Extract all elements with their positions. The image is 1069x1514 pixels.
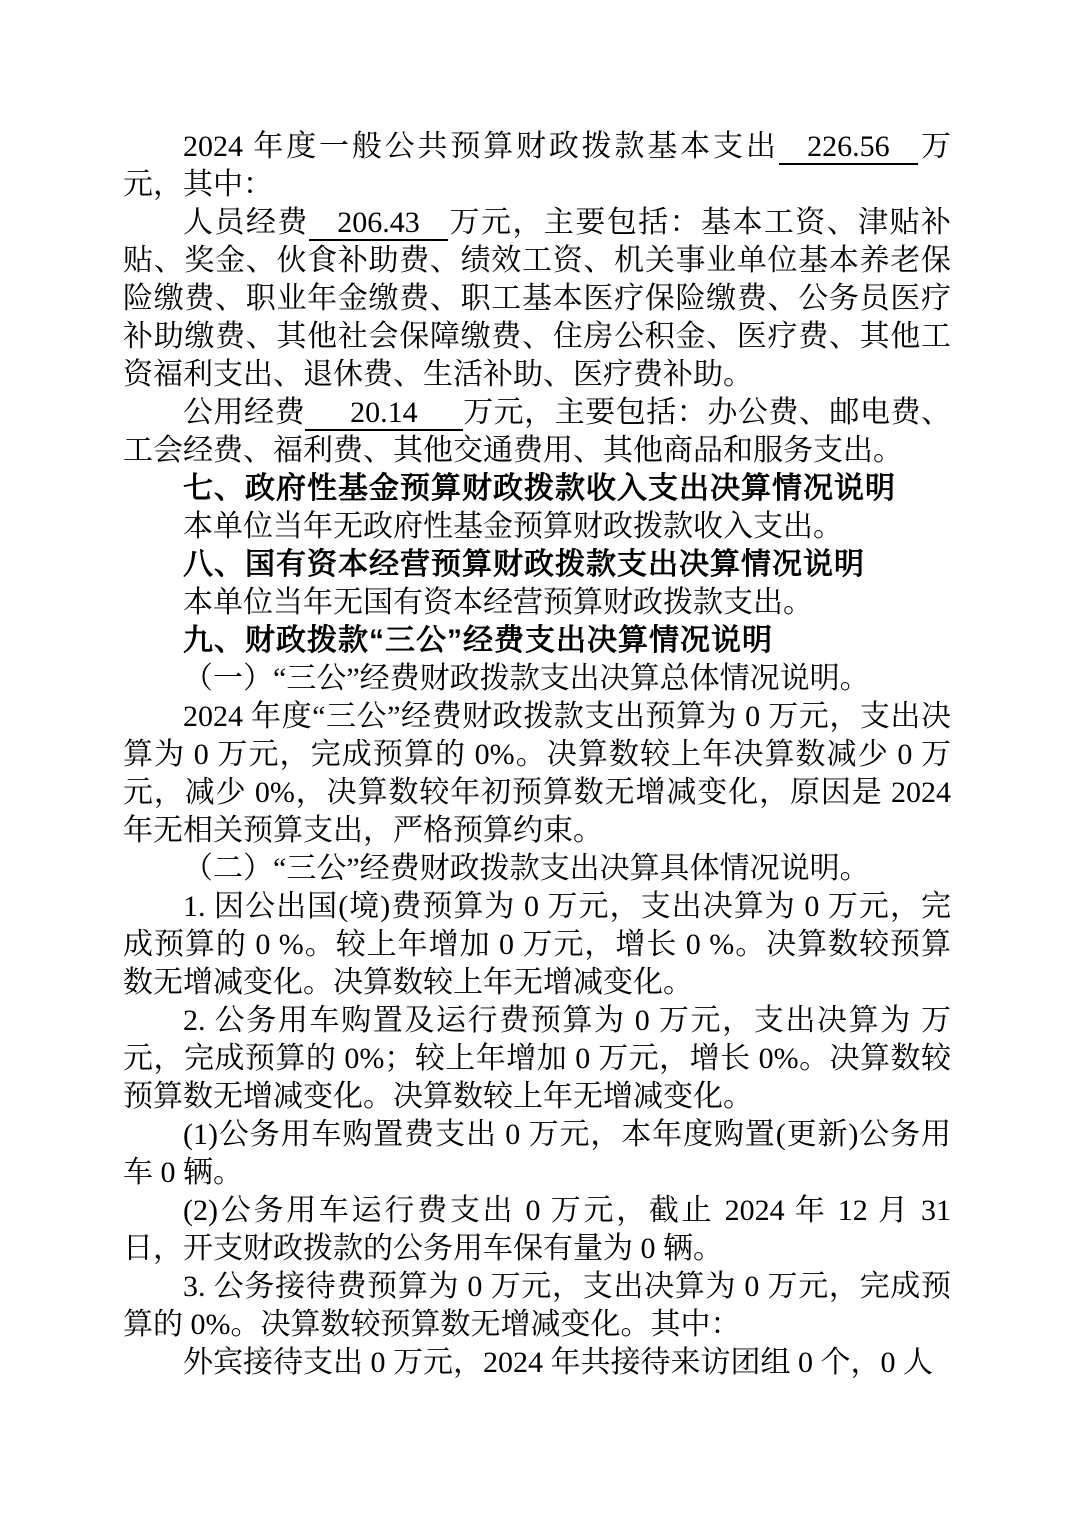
personnel-expense-label: 人员经费 [183,206,309,239]
paragraph-item2-2-vehicle-operation: (2)公务用车运行费支出 0 万元，截止 2024 年 12 月 31 日，开支… [123,1192,951,1268]
personnel-expense-underlined-value: 206.43 [309,206,449,241]
heading-section-8-state-capital: 八、国有资本经营预算财政拨款支出决算情况说明 [123,546,951,584]
public-expense-label: 公用经费 [183,396,305,429]
heading-section-9-three-public-expenses: 九、财政拨款“三公”经费支出决算情况说明 [123,622,951,660]
basic-expenditure-label: 2024 年度一般公共预算财政拨款基本支出 [183,130,779,163]
paragraph-item3-reception-expense: 3. 公务接待费预算为 0 万元，支出决算为 0 万元，完成预算的 0%。决算数… [123,1268,951,1344]
paragraph-basic-expenditure-total: 2024 年度一般公共预算财政拨款基本支出226.56万元，其中： [123,128,951,204]
paragraph-item2-vehicle-expense: 2. 公务用车购置及运行费预算为 0 万元，支出决算为 万元，完成预算的 0%；… [123,1002,951,1116]
paragraph-section-8-body: 本单位当年无国有资本经营预算财政拨款支出。 [123,584,951,622]
paragraph-public-expense: 公用经费20.14万元，主要包括：办公费、邮电费、工会经费、福利费、其他交通费用… [123,394,951,470]
paragraph-sangong-detail-title: （二）“三公”经费财政拨款支出决算具体情况说明。 [123,850,951,888]
paragraph-sangong-overview-body: 2024 年度“三公”经费财政拨款支出预算为 0 万元，支出决算为 0 万元，完… [123,698,951,850]
basic-expenditure-underlined-value: 226.56 [779,130,919,165]
paragraph-item3-foreign-guests: 外宾接待支出 0 万元，2024 年共接待来访团组 0 个，0 人 [123,1344,951,1382]
paragraph-personnel-expense: 人员经费206.43万元，主要包括：基本工资、津贴补贴、奖金、伙食补助费、绩效工… [123,204,951,394]
public-expense-underlined-value: 20.14 [305,396,463,431]
paragraph-item2-1-vehicle-purchase: (1)公务用车购置费支出 0 万元，本年度购置(更新)公务用车 0 辆。 [123,1116,951,1192]
paragraph-section-7-body: 本单位当年无政府性基金预算财政拨款收入支出。 [123,508,951,546]
paragraph-sangong-overview-title: （一）“三公”经费财政拨款支出决算总体情况说明。 [123,660,951,698]
heading-section-7-government-funds: 七、政府性基金预算财政拨款收入支出决算情况说明 [123,470,951,508]
document-page: 2024 年度一般公共预算财政拨款基本支出226.56万元，其中： 人员经费20… [0,0,1069,1514]
paragraph-item1-abroad-expense: 1. 因公出国(境)费预算为 0 万元，支出决算为 0 万元，完成预算的 0 %… [123,888,951,1002]
